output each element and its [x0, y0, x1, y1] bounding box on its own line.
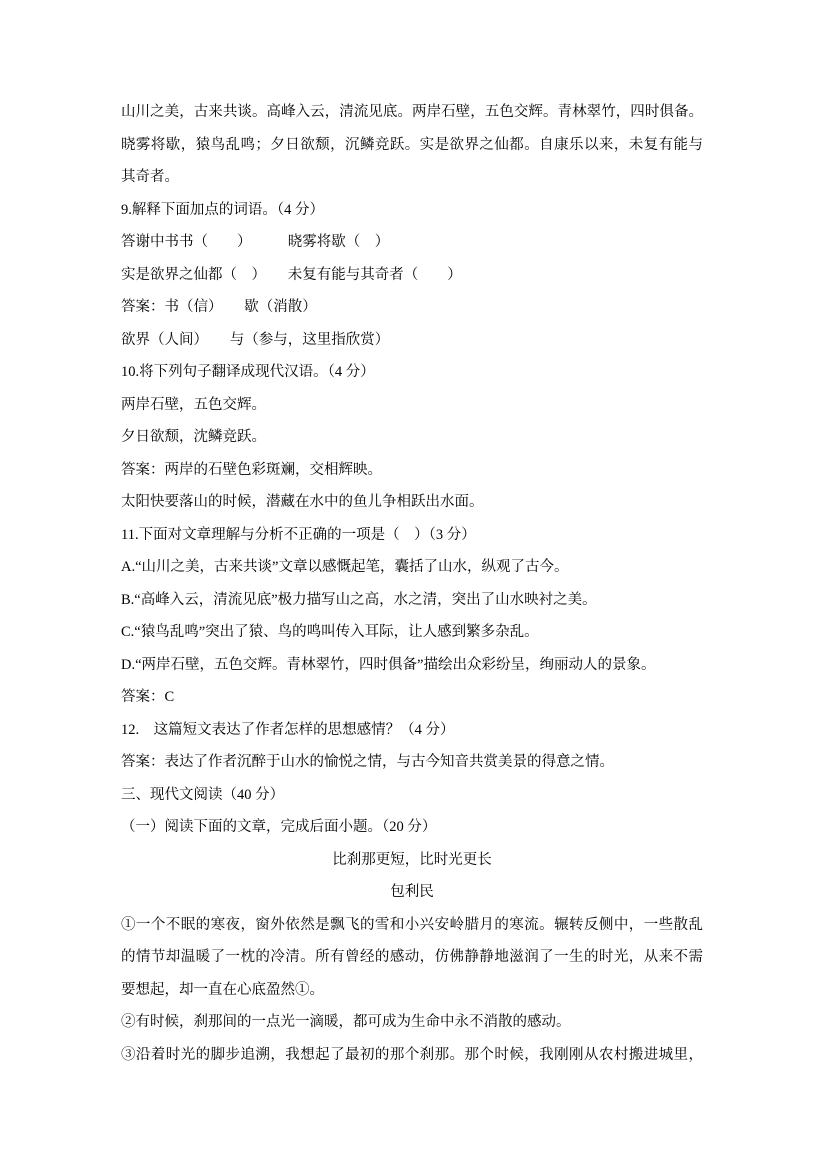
question10-sentence: 两岸石壁，五色交辉。: [121, 389, 703, 422]
question10-answer-line: 太阳快要落山的时候，潜藏在水中的鱼儿争相跃出水面。: [121, 486, 703, 519]
question12-answer: 答案：表达了作者沉醉于山水的愉悦之情，与古今知音共赏美景的得意之情。: [121, 746, 703, 779]
essay-paragraph2: ②有时候，刹那间的一点光一滴暖，都可成为生命中永不消散的感动。: [121, 1006, 703, 1039]
question9-answer-line: 欲界（人间） 与（参与，这里指欣赏）: [121, 324, 703, 357]
essay-paragraph3: ③沿着时光的脚步追溯，我想起了最初的那个刹那。那个时候，我刚刚从农村搬进城里，: [121, 1039, 703, 1072]
document-page: 山川之美，古来共谈。高峰入云，清流见底。两岸石壁，五色交辉。青林翠竹，四时俱备。…: [0, 0, 827, 1170]
question9-answer-line: 答案：书（信） 歇（消散）: [121, 291, 703, 324]
question10-prompt: 10.将下列句子翻译成现代汉语。（4 分）: [121, 356, 703, 389]
question9-blank-line: 答谢中书书（ ） 晓雾将歇（ ）: [121, 226, 703, 259]
essay-paragraph1-line: 要想起，却一直在心底盈然①。: [121, 974, 703, 1007]
question11-option-c: C.“猿鸟乱鸣”突出了猿、鸟的鸣叫传入耳际，让人感到繁多杂乱。: [121, 616, 703, 649]
essay-paragraph1-line: ①一个不眠的寒夜，窗外依然是飘飞的雪和小兴安岭腊月的寒流。辗转反侧中，一些散乱: [121, 909, 703, 942]
passage-line: 晓雾将歇，猿鸟乱鸣；夕日欲颓，沉鳞竞跃。实是欲界之仙都。自康乐以来，未复有能与: [121, 129, 703, 162]
passage-line: 山川之美，古来共谈。高峰入云，清流见底。两岸石壁，五色交辉。青林翠竹，四时俱备。: [121, 96, 703, 129]
essay-author: 包利民: [121, 876, 703, 909]
passage-line: 其奇者。: [121, 161, 703, 194]
question11-option-b: B.“高峰入云，清流见底”极力描写山之高，水之清，突出了山水映衬之美。: [121, 584, 703, 617]
section-heading: 三、现代文阅读（40 分）: [121, 779, 703, 812]
question11-option-a: A.“山川之美，古来共谈”文章以感慨起笔，囊括了山水，纵观了古今。: [121, 551, 703, 584]
question10-answer-line: 答案：两岸的石壁色彩斑斓，交相辉映。: [121, 454, 703, 487]
section-instruction: （一）阅读下面的文章，完成后面小题。（20 分）: [121, 811, 703, 844]
document-content: 山川之美，古来共谈。高峰入云，清流见底。两岸石壁，五色交辉。青林翠竹，四时俱备。…: [121, 96, 703, 1071]
question12-prompt: 12. 这篇短文表达了作者怎样的思想感情？（4 分）: [121, 714, 703, 747]
question11-prompt: 11.下面对文章理解与分析不正确的一项是（ ）（3 分）: [121, 519, 703, 552]
question9-prompt: 9.解释下面加点的词语。（4 分）: [121, 194, 703, 227]
question11-answer: 答案：C: [121, 681, 703, 714]
question11-option-d: D.“两岸石壁，五色交辉。青林翠竹，四时俱备”描绘出众彩纷呈，绚丽动人的景象。: [121, 649, 703, 682]
essay-paragraph1-line: 的情节却温暖了一枕的冷清。所有曾经的感动，仿佛静静地滋润了一生的时光，从来不需: [121, 941, 703, 974]
question10-sentence: 夕日欲颓，沈鳞竞跃。: [121, 421, 703, 454]
essay-title: 比刹那更短，比时光更长: [121, 844, 703, 877]
question9-blank-line: 实是欲界之仙都（ ） 未复有能与其奇者（ ）: [121, 259, 703, 292]
